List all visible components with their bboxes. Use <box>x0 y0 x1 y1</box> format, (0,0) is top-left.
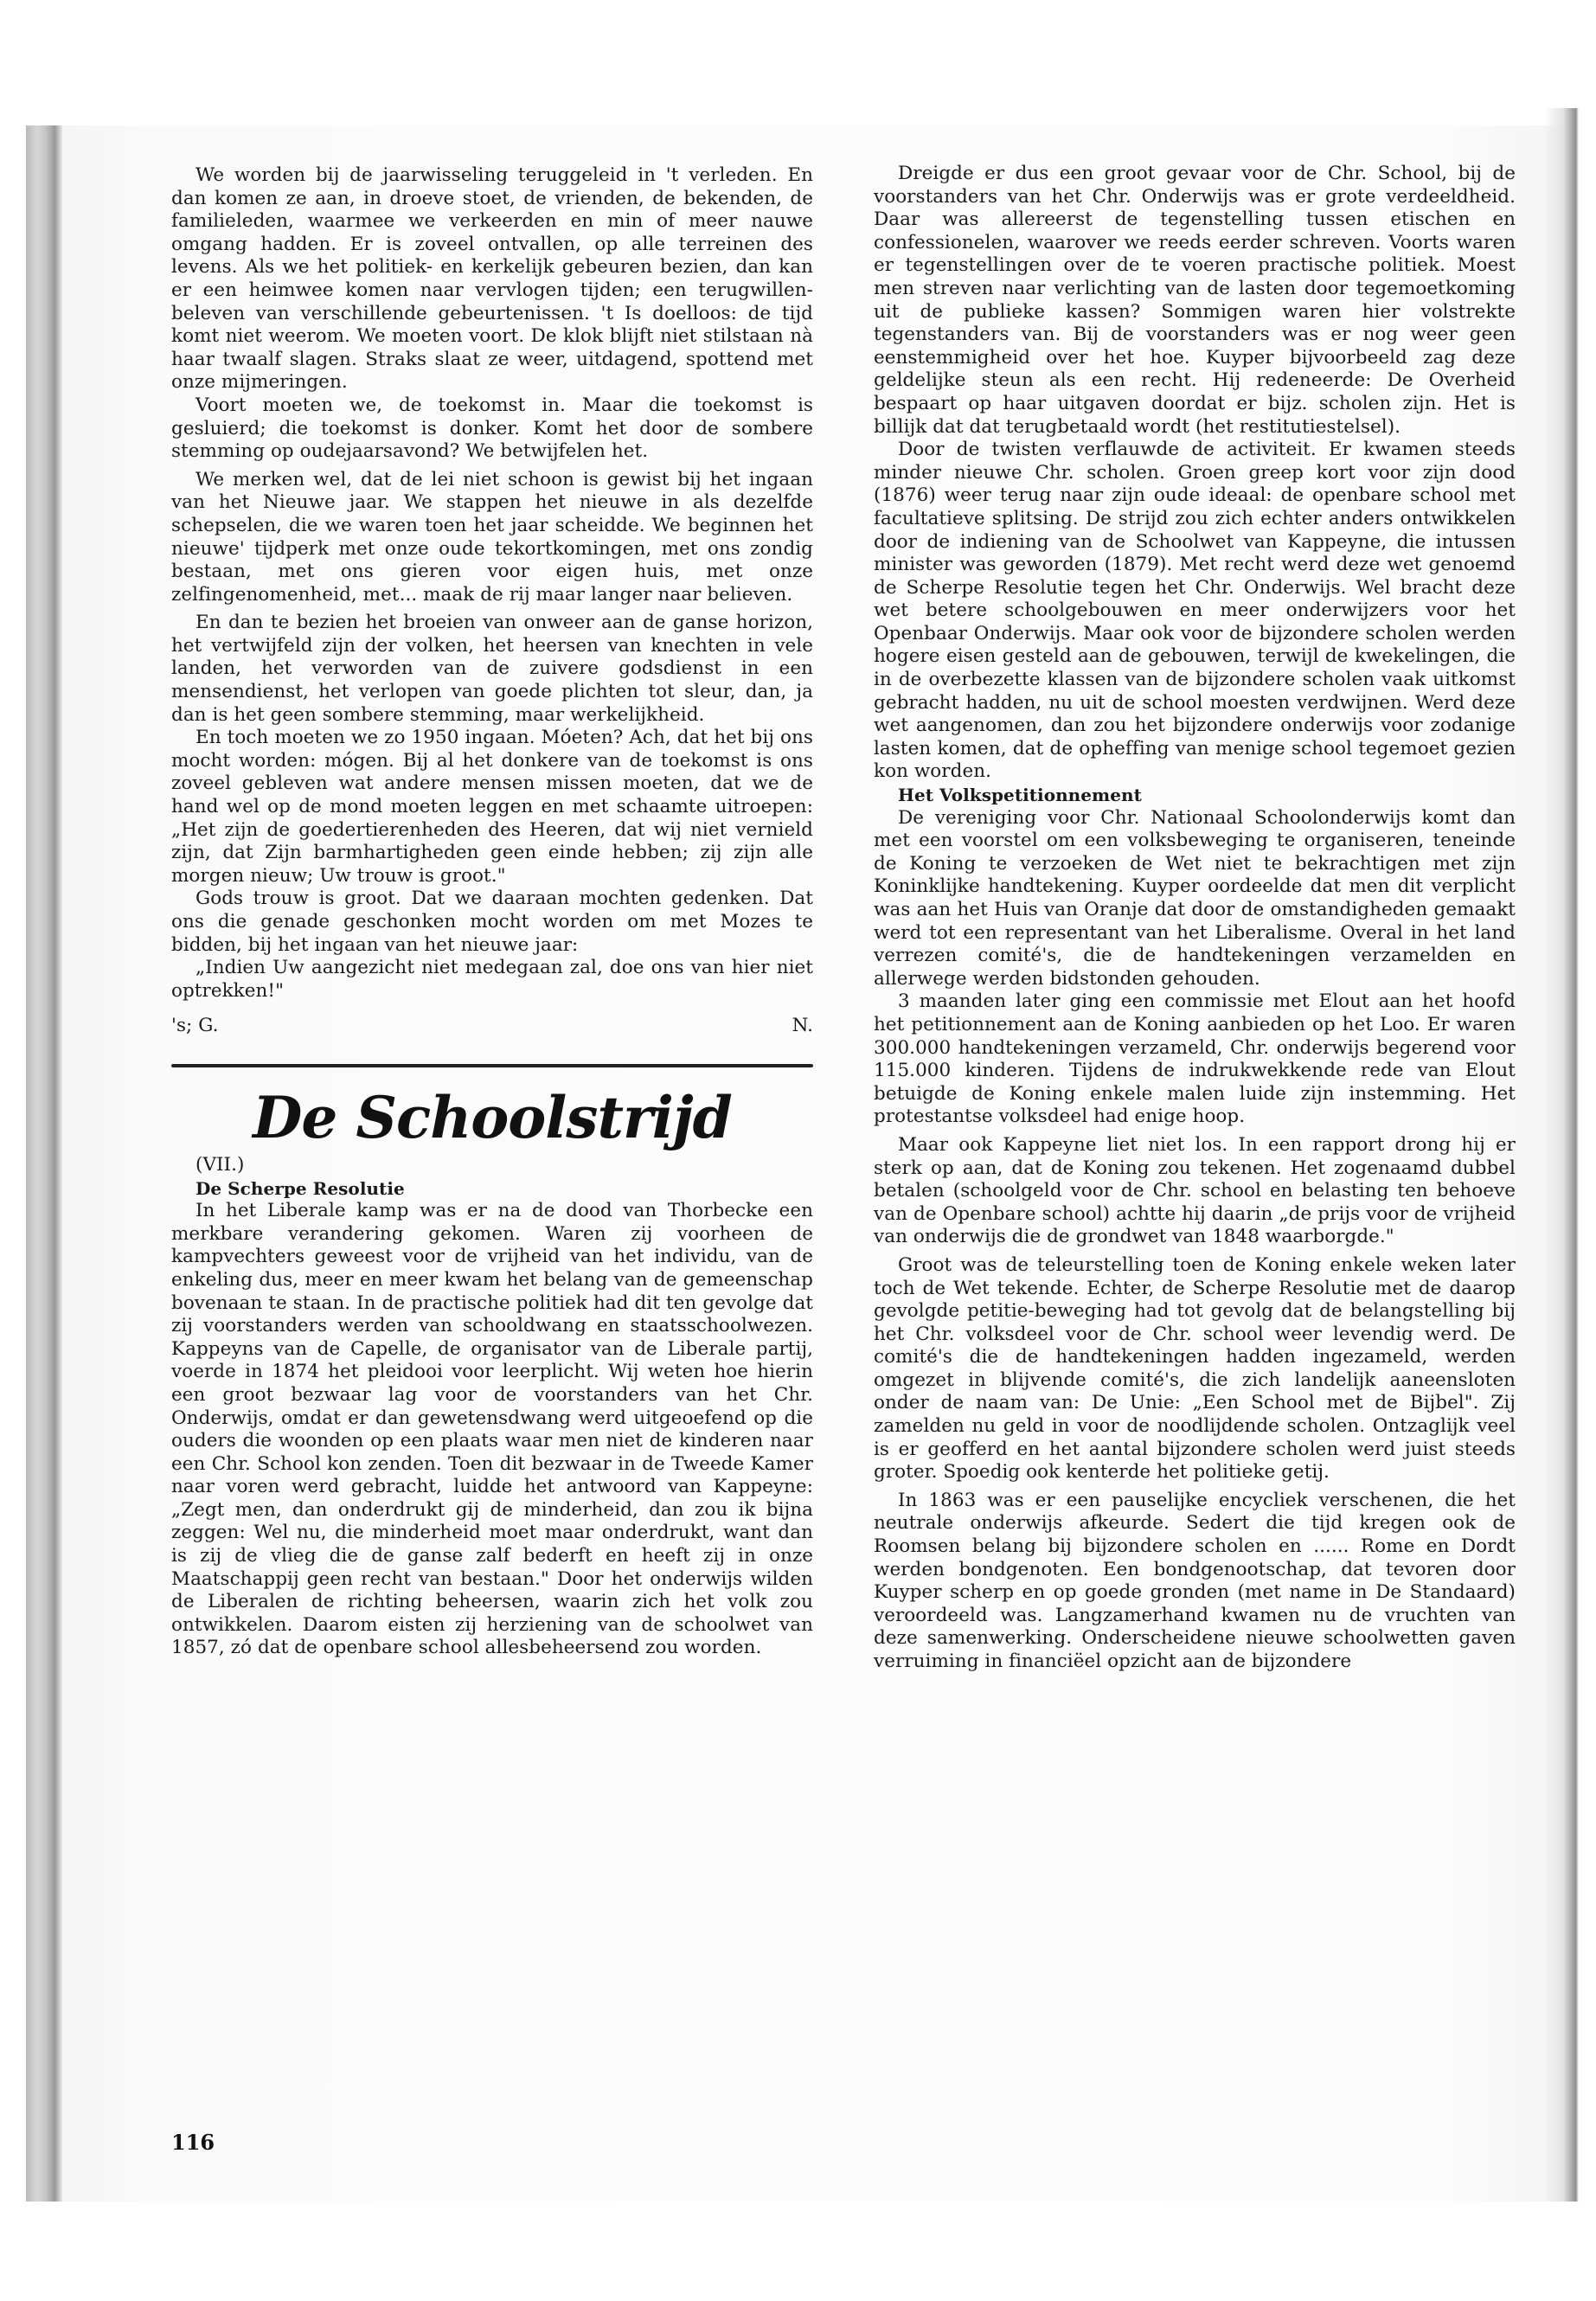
section-heading: Het Volkspetitionnement <box>874 784 1516 807</box>
paragraph: Maar ook Kappeyne liet niet los. In een … <box>874 1134 1516 1249</box>
quote-paragraph: „Indien Uw aangezicht niet medegaan zal,… <box>171 957 813 1003</box>
signature-place: 's; G. <box>171 1015 219 1038</box>
paragraph: Dreigde er dus een groot gevaar voor de … <box>874 163 1516 439</box>
page-edge-shadow <box>1544 108 1579 2202</box>
paragraph: En dan te bezien het broeien van onweer … <box>171 612 813 727</box>
paragraph: We worden bij de jaarwisseling teruggele… <box>171 164 813 394</box>
paragraph: Gods trouw is groot. Dat we daaraan moch… <box>171 888 813 957</box>
paragraph: Voort moeten we, de toekomst in. Maar di… <box>171 394 813 464</box>
paragraph: De vereniging voor Chr. Nationaal School… <box>874 807 1516 991</box>
page-spine-shadow <box>26 125 62 2202</box>
paragraph: In het Liberale kamp was er na de dood v… <box>171 1200 813 1660</box>
section-divider <box>171 1064 813 1067</box>
article-signature: 's; G. N. <box>171 1015 813 1038</box>
series-number: (VII.) <box>171 1154 813 1177</box>
signature-author: N. <box>792 1015 813 1038</box>
left-column: We worden bij de jaarwisseling teruggele… <box>171 164 813 1660</box>
page-number: 116 <box>171 2130 215 2155</box>
paragraph: In 1863 was er een pauselijke encycliek … <box>874 1490 1516 1674</box>
section-heading: De Scherpe Resolutie <box>171 1177 813 1201</box>
schoolstrijd-article: De Schoolstrijd (VII.) De Scherpe Resolu… <box>171 1083 813 1660</box>
right-column: Dreigde er dus een groot gevaar voor de … <box>874 163 1516 1674</box>
new-year-article: We worden bij de jaarwisseling teruggele… <box>171 164 813 1038</box>
paragraph: We merken wel, dat de lei niet schoon is… <box>171 469 813 607</box>
paragraph: Door de twisten verflauwde de activiteit… <box>874 439 1516 784</box>
paragraph: En toch moeten we zo 1950 ingaan. Móeten… <box>171 727 813 888</box>
paragraph: Groot was de teleurstelling toen de Koni… <box>874 1254 1516 1484</box>
paragraph: 3 maanden later ging een commissie met E… <box>874 990 1516 1129</box>
article-headline: De Schoolstrijd <box>171 1083 813 1152</box>
